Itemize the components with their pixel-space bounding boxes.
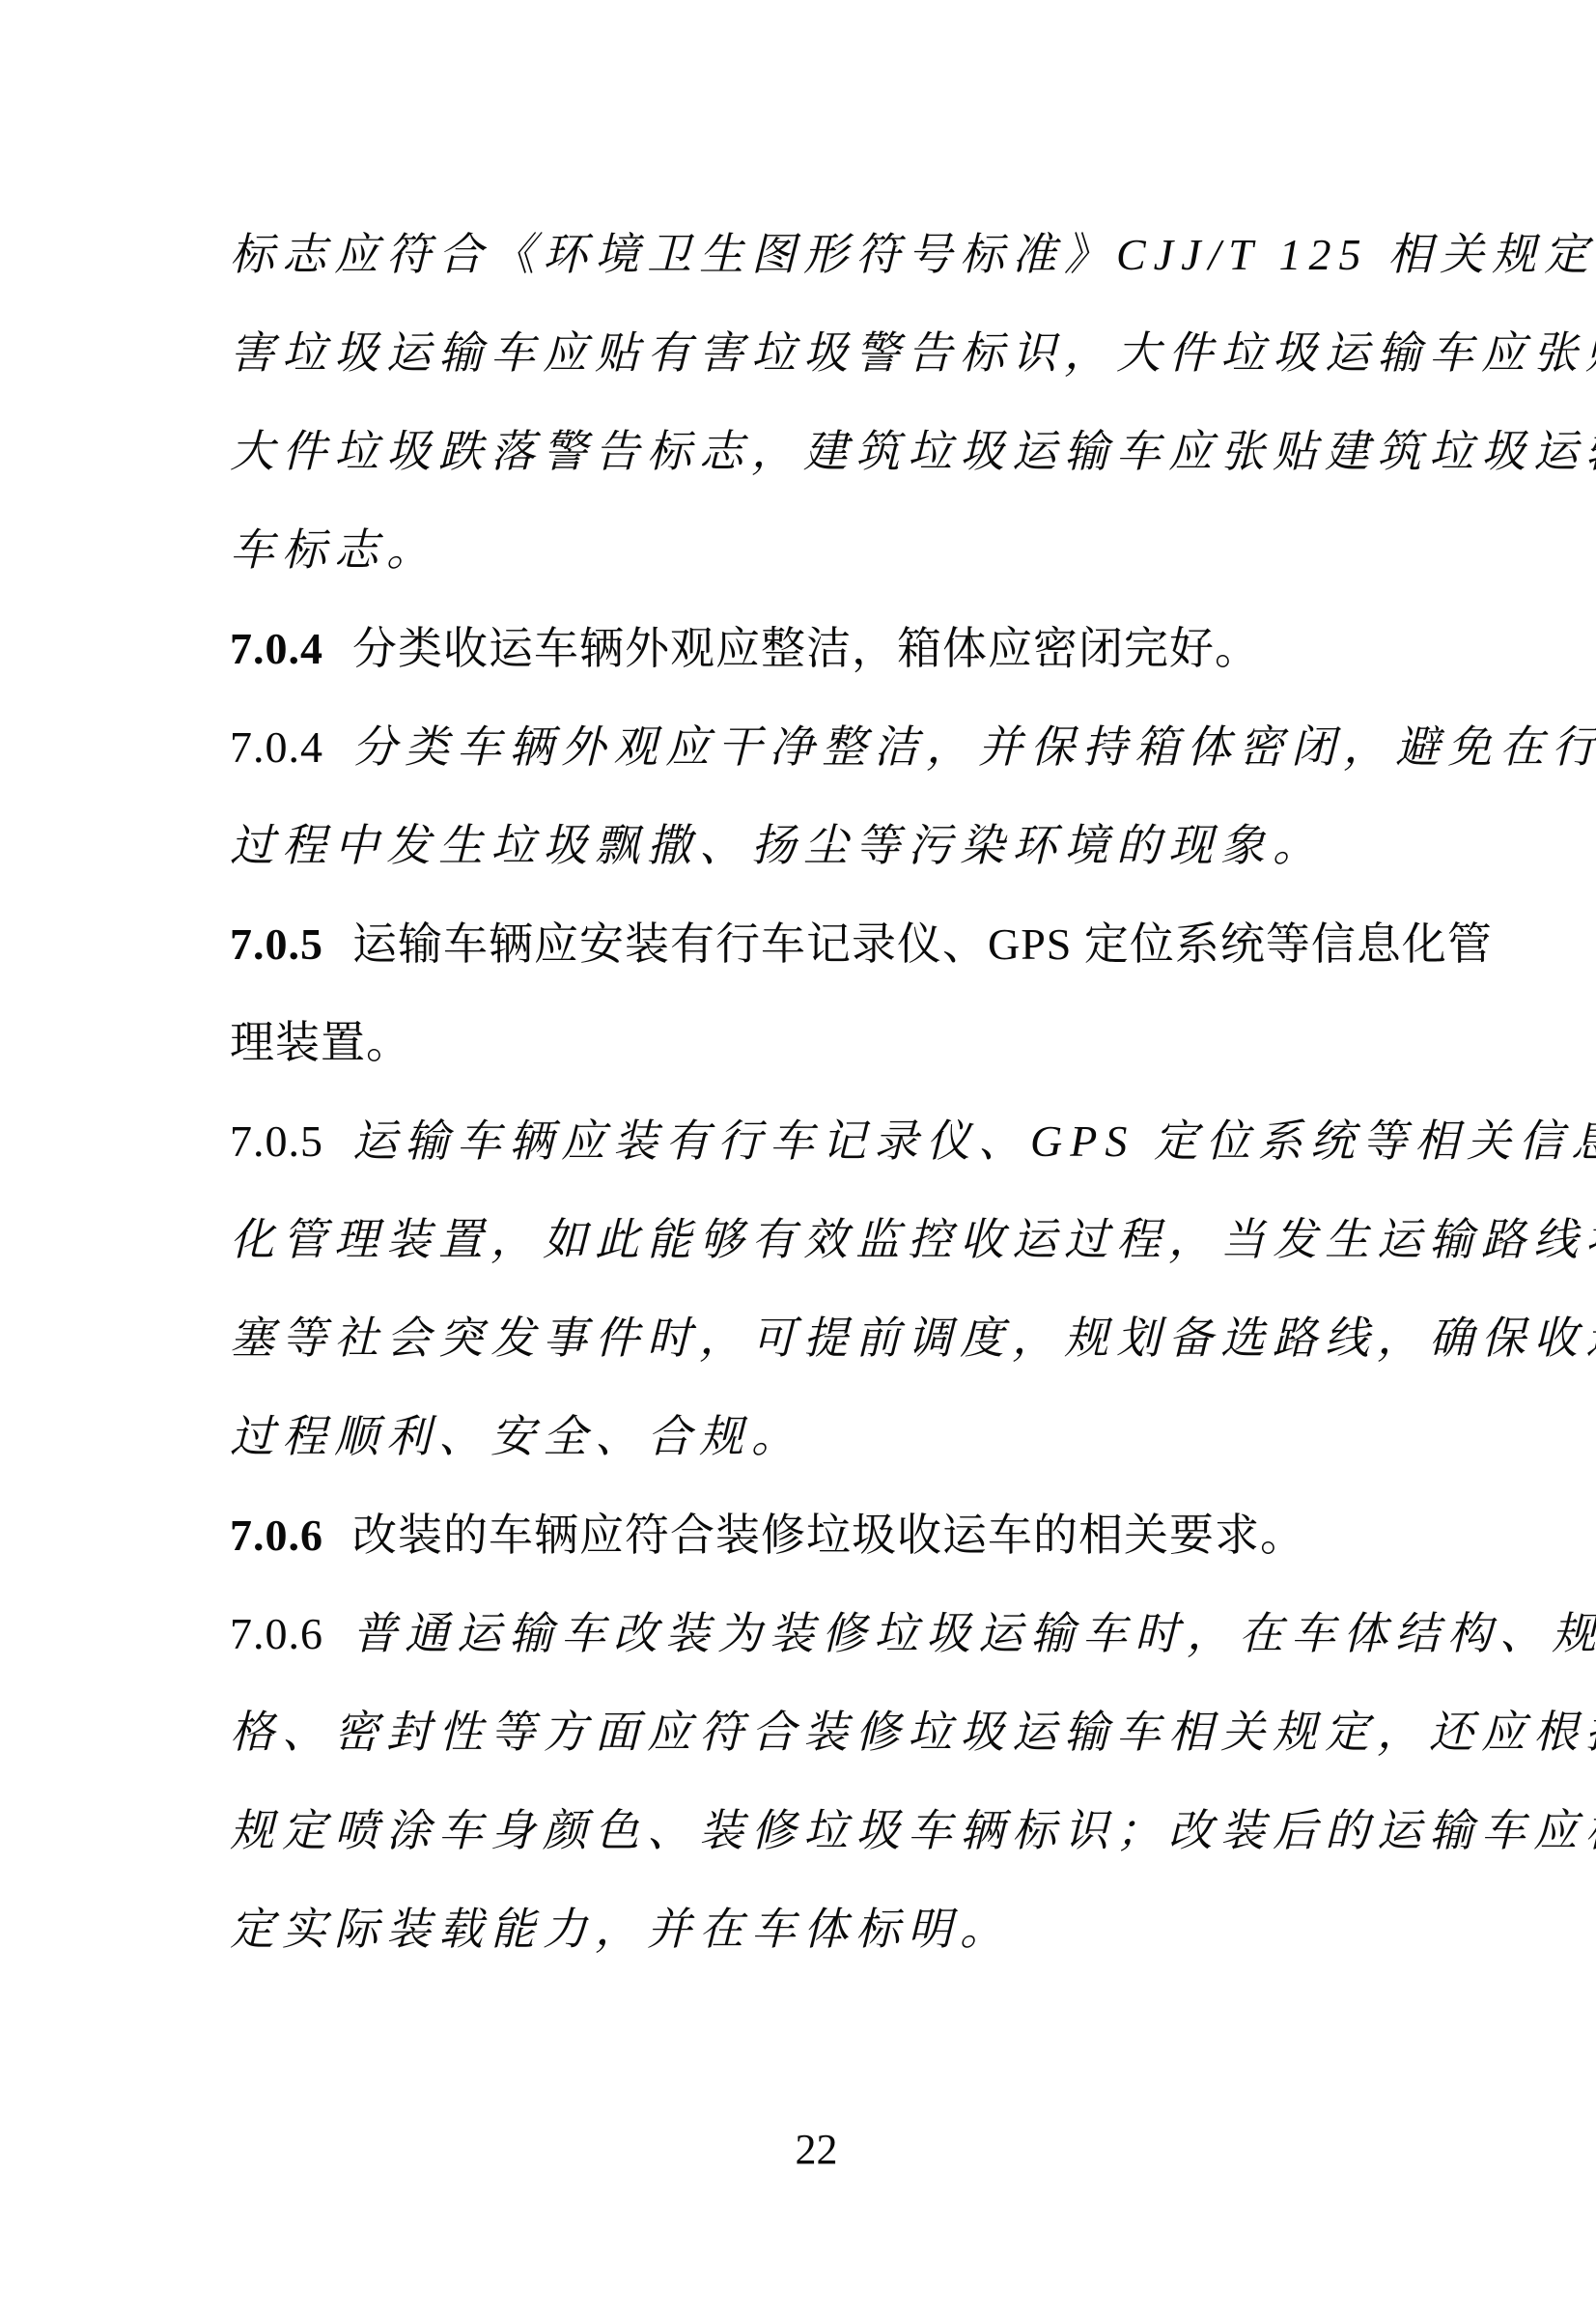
line-text: 运输车辆应装有行车记录仪、GPS 定位系统等相关信息 <box>352 1116 1596 1166</box>
clause-line: 7.0.5运输车辆应安装有行车记录仪、GPS 定位系统等信息化管 <box>230 895 1403 994</box>
text-line: 格、密封性等方面应符合装修垃圾运输车相关规定，还应根据 <box>230 1683 1403 1782</box>
clause-number: 7.0.6 <box>230 1511 323 1560</box>
line-text: 运输车辆应安装有行车记录仪、GPS 定位系统等信息化管 <box>352 919 1493 969</box>
text-line: 化管理装置，如此能够有效监控收运过程，当发生运输路线堵 <box>230 1191 1403 1289</box>
line-text: 格、密封性等方面应符合装修垃圾运输车相关规定，还应根据 <box>230 1708 1596 1757</box>
line-text: 改装的车辆应符合装修垃圾收运车的相关要求。 <box>352 1511 1305 1560</box>
clause-number: 7.0.5 <box>230 919 323 969</box>
line-text: 车标志。 <box>230 525 438 575</box>
text-line: 过程顺利、安全、合规。 <box>230 1388 1403 1486</box>
line-text: 塞等社会突发事件时，可提前调度，规划备选路线，确保收运 <box>230 1313 1596 1363</box>
text-line: 定实际装载能力，并在车体标明。 <box>230 1880 1403 1979</box>
text-line: 过程中发生垃圾飘撒、扬尘等污染环境的现象。 <box>230 797 1403 895</box>
clause-number: 7.0.5 <box>230 1116 323 1166</box>
clause-line: 7.0.4分类收运车辆外观应整洁，箱体应密闭完好。 <box>230 600 1403 698</box>
commentary-line: 7.0.6普通运输车改装为装修垃圾运输车时，在车体结构、规 <box>230 1585 1403 1683</box>
clause-number: 7.0.6 <box>230 1609 323 1658</box>
line-text: 定实际装载能力，并在车体标明。 <box>230 1905 1012 1954</box>
text-line: 标志应符合《环境卫生图形符号标准》CJJ/T 125 相关规定。有 <box>230 206 1403 304</box>
line-text: 分类收运车辆外观应整洁，箱体应密闭完好。 <box>352 624 1260 673</box>
clause-number: 7.0.4 <box>230 722 323 772</box>
line-text: 理装置。 <box>230 1018 411 1067</box>
line-text: 标志应符合《环境卫生图形符号标准》CJJ/T 125 相关规定。有 <box>230 230 1596 279</box>
clause-line: 7.0.6改装的车辆应符合装修垃圾收运车的相关要求。 <box>230 1486 1403 1585</box>
document-page: 标志应符合《环境卫生图形符号标准》CJJ/T 125 相关规定。有 害垃圾运输车… <box>0 0 1596 2316</box>
text-line: 规定喷涂车身颜色、装修垃圾车辆标识；改装后的运输车应核 <box>230 1782 1403 1880</box>
clause-number: 7.0.4 <box>230 624 323 673</box>
text-line: 大件垃圾跌落警告标志，建筑垃圾运输车应张贴建筑垃圾运输 <box>230 403 1403 501</box>
commentary-line: 7.0.4分类车辆外观应干净整洁，并保持箱体密闭，避免在行驶 <box>230 698 1403 797</box>
text-line: 害垃圾运输车应贴有害垃圾警告标识，大件垃圾运输车应张贴 <box>230 304 1403 403</box>
line-text: 害垃圾运输车应贴有害垃圾警告标识，大件垃圾运输车应张贴 <box>230 328 1596 378</box>
line-text: 大件垃圾跌落警告标志，建筑垃圾运输车应张贴建筑垃圾运输 <box>230 427 1596 476</box>
line-text: 规定喷涂车身颜色、装修垃圾车辆标识；改装后的运输车应核 <box>230 1806 1596 1855</box>
text-line: 车标志。 <box>230 501 1403 600</box>
commentary-line: 7.0.5运输车辆应装有行车记录仪、GPS 定位系统等相关信息 <box>230 1092 1403 1191</box>
line-text: 化管理装置，如此能够有效监控收运过程，当发生运输路线堵 <box>230 1215 1596 1264</box>
document-body: 标志应符合《环境卫生图形符号标准》CJJ/T 125 相关规定。有 害垃圾运输车… <box>230 206 1403 1979</box>
line-text: 过程中发生垃圾飘撒、扬尘等污染环境的现象。 <box>230 821 1325 870</box>
text-line: 理装置。 <box>230 994 1403 1092</box>
line-text: 过程顺利、安全、合规。 <box>230 1412 803 1461</box>
line-text: 普通运输车改装为装修垃圾运输车时，在车体结构、规 <box>352 1609 1596 1658</box>
line-text: 分类车辆外观应干净整洁，并保持箱体密闭，避免在行驶 <box>352 722 1596 772</box>
page-number: 22 <box>230 2125 1403 2174</box>
text-line: 塞等社会突发事件时，可提前调度，规划备选路线，确保收运 <box>230 1289 1403 1388</box>
